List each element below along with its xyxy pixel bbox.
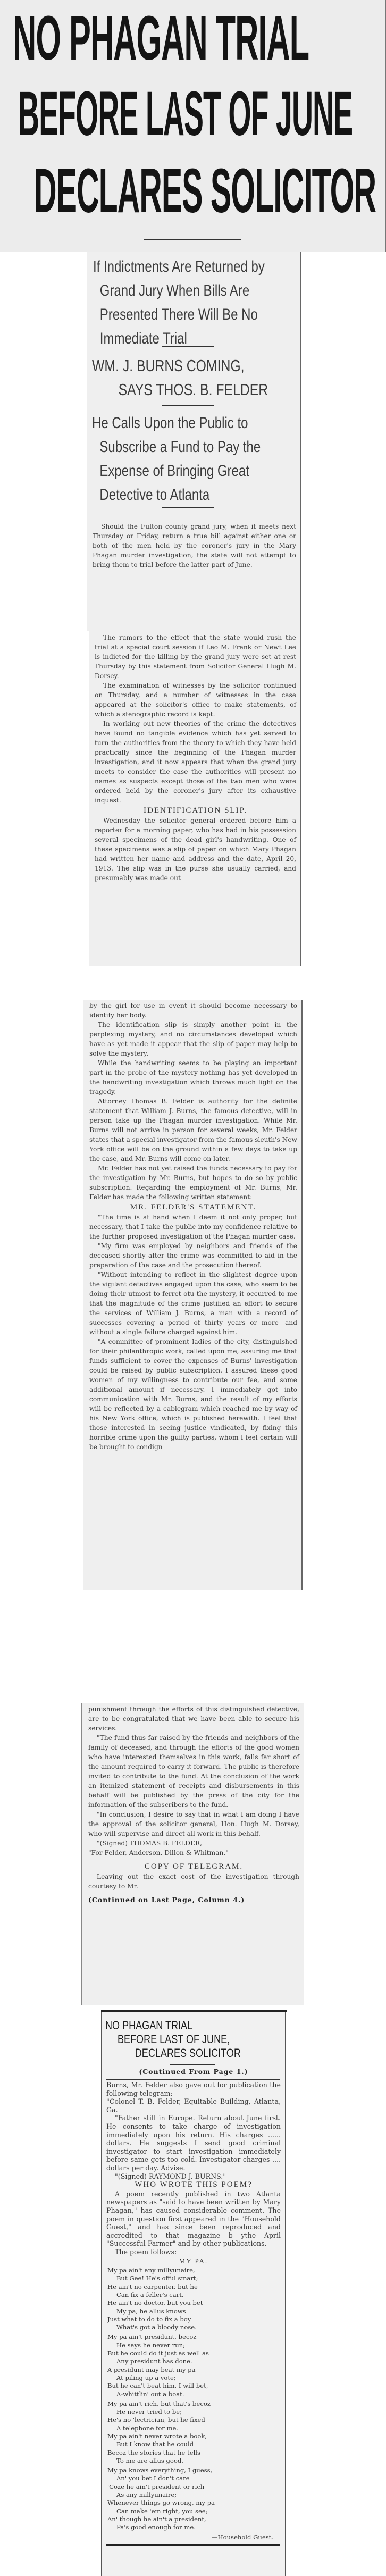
article-clip-2: The rumors to the effect that the state …	[89, 631, 301, 966]
divider-rule	[162, 346, 214, 347]
deck-3-line: Expense of Bringing Great	[92, 459, 288, 483]
poem-line: Any presidunt has done.	[107, 2357, 285, 2365]
paragraph: Mr. Felder has not yet raised the funds …	[89, 1164, 297, 1202]
deck-2-line: SAYS THOS. B. FELDER	[92, 378, 288, 402]
headline-clip: No Phagan Trial Before Last of June Decl…	[0, 0, 386, 252]
poem-line: An' though he ain't a president,	[107, 2515, 285, 2523]
poem-line: My pa ain't rich, but that's becoz	[107, 2400, 285, 2408]
poem-line: He says he never run;	[107, 2341, 285, 2349]
divider-rule	[101, 2010, 287, 2012]
continuation-clip: NO PHAGAN TRIAL BEFORE LAST OF JUNE, DEC…	[101, 2010, 286, 2576]
continuation-headline-line: DECLARES SOLICITOR	[105, 2046, 253, 2060]
section-title-statement: MR. FELDER'S STATEMENT.	[89, 1202, 297, 1212]
divider-rule	[162, 405, 214, 406]
poem-line: At piling up a vote;	[107, 2374, 285, 2382]
poem-line: Becoz the stories that he tells	[107, 2449, 285, 2457]
poem-line: My pa, he allus knows	[107, 2307, 285, 2315]
divider-rule	[170, 2064, 215, 2065]
subhead-clip: If Indictments Are Returned by Grand Jur…	[87, 252, 301, 517]
poem-line: But I know that he could	[107, 2440, 285, 2448]
headline-line-2: Before Last of June	[18, 78, 353, 150]
continuation-body: Burns, Mr. Felder also gave out for publ…	[102, 2080, 285, 2265]
poem-line: He ain't no doctor, but you bet	[107, 2299, 285, 2307]
article-body-4: punishment through the efforts of this d…	[82, 1704, 304, 1905]
deck-3-line: Subscribe a Fund to Pay the	[92, 435, 288, 459]
poem-line: 'Coze he ain't president or rich	[107, 2483, 285, 2491]
deck-3: He Calls Upon the Public to Subscribe a …	[87, 406, 300, 507]
deck-3-line: Detective to Atlanta	[92, 483, 288, 507]
paragraph: Should the Fulton county grand jury, whe…	[93, 522, 296, 570]
section-title-identification: IDENTIFICATION SLIP.	[95, 806, 296, 815]
telegram-address: "Colonel T. B. Felder, Equitable Buildin…	[106, 2097, 281, 2114]
poem-stanza: My pa ain't presidunt, becozHe says he n…	[107, 2333, 285, 2398]
paragraph: punishment through the efforts of this d…	[88, 1704, 299, 1733]
poem-line: My pa ain't presidunt, becoz	[107, 2333, 285, 2341]
continued-on-notice[interactable]: (Continued on Last Page, Column 4.)	[88, 1895, 299, 1905]
deck-1-line: If Indictments Are Returned by	[93, 255, 289, 279]
headline-line-1: No Phagan Trial	[13, 2, 309, 74]
deck-2: WM. J. BURNS COMING, SAYS THOS. B. FELDE…	[87, 347, 300, 402]
poem-line: He's no 'lectrician, but he fixed	[107, 2416, 285, 2424]
paragraph: Wednesday the solicitor general ordered …	[95, 816, 296, 883]
deck-2-line: WM. J. BURNS COMING,	[92, 354, 288, 378]
poem-credit: —Household Guest.	[102, 2533, 285, 2541]
poem-line: My pa knows everything, I guess,	[107, 2466, 285, 2474]
poem-line: Whenever things go wrong, my pa	[107, 2499, 285, 2507]
poem-line: What's got a bloody nose.	[107, 2323, 285, 2331]
poem-line: But Gee! He's offul smart;	[107, 2274, 285, 2282]
poem-line: To me are allus good.	[107, 2457, 285, 2465]
paragraph: A poem recently published in two Atlanta…	[106, 2190, 281, 2248]
poem-line: Pa's good enough for me.	[107, 2523, 285, 2531]
continuation-headline-line: NO PHAGAN TRIAL	[105, 2019, 253, 2033]
paragraph: "In conclusion, I desire to say that in …	[88, 1810, 299, 1838]
poem-line: Can fix a feller's cart.	[107, 2291, 285, 2299]
poem-line: He ain't no carpenter, but he	[107, 2283, 285, 2291]
deck-1-line: Grand Jury When Bills Are	[93, 279, 289, 303]
paragraph: The examination of witnesses by the soli…	[95, 681, 296, 719]
poem-stanza: My pa ain't rich, but that's becozHe nev…	[107, 2400, 285, 2465]
paragraph: "Without intending to reflect in the sli…	[89, 1270, 297, 1337]
poem-stanza: My pa knows everything, I guess,An' you …	[107, 2466, 285, 2531]
poem-line: A presidunt may beat my pa	[107, 2366, 285, 2374]
paragraph: Leaving out the exact cost of the invest…	[88, 1872, 299, 1891]
continuation-headline-line: BEFORE LAST OF JUNE,	[105, 2033, 253, 2046]
poem-line: My pa ain't never wrote a book,	[107, 2432, 285, 2440]
poem-stanza: My pa ain't any millyunaire,But Gee! He'…	[107, 2266, 285, 2331]
article-body-3: by the girl for use in event it should b…	[83, 1001, 301, 1452]
article-clip-3: by the girl for use in event it should b…	[83, 1000, 303, 1590]
article-body-1: Should the Fulton county grand jury, whe…	[87, 522, 300, 570]
poem-line: But he could do it just as well as	[107, 2349, 285, 2357]
poem-line: As any millyunaire;	[107, 2491, 285, 2499]
telegram-signature: "(Signed) RAYMOND J. BURNS."	[106, 2172, 281, 2181]
poem-line: He never tried to be;	[107, 2408, 285, 2416]
article-clip-1: Should the Fulton county grand jury, whe…	[87, 517, 301, 631]
paragraph: by the girl for use in event it should b…	[89, 1001, 297, 1020]
divider-rule	[106, 2079, 280, 2080]
poem-title: MY PA.	[106, 2257, 281, 2265]
paragraph: In working out new theories of the crime…	[95, 719, 296, 805]
paragraph: The rumors to the effect that the state …	[95, 633, 296, 681]
article-clip-4: punishment through the efforts of this d…	[81, 1703, 304, 2005]
paragraph: "The time is at hand when I deem it not …	[89, 1212, 297, 1241]
article-body-2: The rumors to the effect that the state …	[89, 633, 300, 883]
section-title-telegram: COPY OF TELEGRAM.	[88, 1862, 299, 1871]
poem-line: But he can't beat him, I will bet,	[107, 2382, 285, 2390]
signature-firm: "For Felder, Anderson, Dillon & Whitman.…	[88, 1848, 299, 1858]
continued-from-notice[interactable]: (Continued From Page 1.)	[102, 2068, 285, 2076]
paragraph: "The fund thus far raised by the friends…	[88, 1733, 299, 1810]
section-title-poem: WHO WROTE THIS POEM?	[106, 2181, 281, 2189]
poem-line: An' you bet I don't care	[107, 2474, 285, 2482]
deck-1: If Indictments Are Returned by Grand Jur…	[87, 252, 300, 350]
paragraph: The identification slip is simply anothe…	[89, 1020, 297, 1058]
poem-line: Just what to do to fix a boy	[107, 2315, 285, 2323]
poem-line: A telephone for me.	[107, 2424, 285, 2432]
paragraph: "My firm was employed by neighbors and f…	[89, 1241, 297, 1270]
divider-rule	[162, 507, 214, 508]
divider-rule	[144, 239, 241, 240]
paragraph: The poem follows:	[106, 2248, 281, 2256]
deck-3-line: He Calls Upon the Public to	[92, 411, 288, 435]
continuation-headline: NO PHAGAN TRIAL BEFORE LAST OF JUNE, DEC…	[102, 2010, 285, 2060]
poem-line: A-whittlin' out a boat.	[107, 2390, 285, 2398]
headline-line-3: Declares Solicitor	[34, 155, 376, 227]
poem-line: My pa ain't any millyunaire,	[107, 2266, 285, 2274]
paragraph: "A committee of prominent ladies of the …	[89, 1337, 297, 1452]
paragraph: Attorney Thomas B. Felder is authority f…	[89, 1097, 297, 1164]
signature-line: "(Signed) THOMAS B. FELDER,	[88, 1838, 299, 1848]
paragraph: Burns, Mr. Felder also gave out for publ…	[106, 2081, 281, 2097]
poem: My pa ain't any millyunaire,But Gee! He'…	[102, 2266, 285, 2532]
deck-1-line: Presented There Will Be No	[93, 303, 289, 327]
paragraph: While the handwriting seems to be playin…	[89, 1058, 297, 1097]
telegram-body: "Father still in Europe. Return about Ju…	[106, 2114, 281, 2172]
divider-rule	[106, 2544, 280, 2546]
poem-line: Can make 'em right, you see;	[107, 2507, 285, 2515]
